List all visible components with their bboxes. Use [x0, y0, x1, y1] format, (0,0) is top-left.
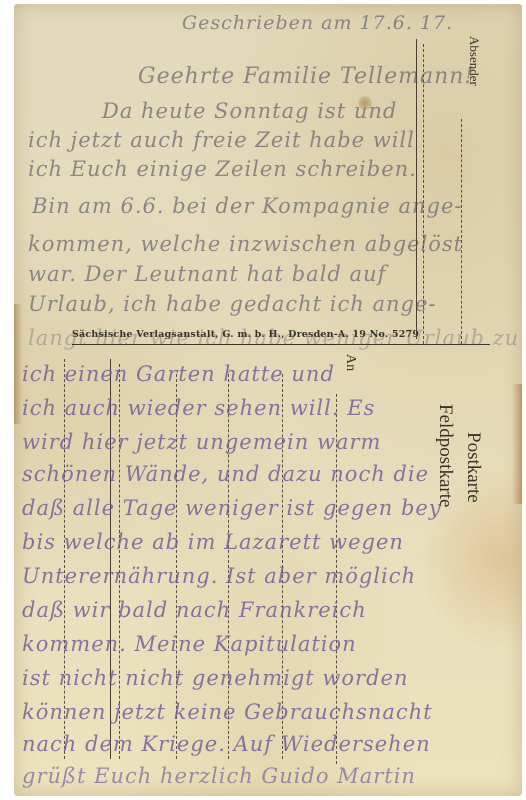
- handwritten-line: Bin am 6.6. bei der Kompagnie ange-: [32, 194, 463, 218]
- handwritten-line: kommen. Meine Kapitulation: [22, 632, 357, 656]
- postkarte-label: Postkarte: [462, 432, 484, 503]
- handwritten-line: Da heute Sonntag ist und: [102, 99, 397, 123]
- handwritten-line: ich jetzt auch freie Zeit habe will: [28, 128, 415, 152]
- handwritten-line: wird hier jetzt ungemein warm: [22, 430, 381, 454]
- handwritten-line: ich Euch einige Zeilen schreiben.: [28, 157, 417, 181]
- handwritten-line: schönen Wände, und dazu noch die: [22, 462, 429, 486]
- handwritten-date-line: Geschrieben am 17.6. 17.: [182, 12, 453, 34]
- handwritten-line: nach dem Kriege. Auf Wiedersehen: [22, 732, 431, 756]
- feldpostkarte-label: Feldpostkarte: [434, 404, 456, 507]
- handwritten-line: ich einen Garten hatte und: [22, 362, 335, 386]
- absender-divider-line: [416, 39, 417, 339]
- publisher-imprint: Sächsische Verlagsanstalt, G. m. b. H., …: [72, 329, 419, 340]
- handwritten-line: ist nicht nicht genehmigt worden: [22, 666, 408, 690]
- postcard: Geschrieben am 17.6. 17. Geehrte Familie…: [14, 4, 522, 796]
- edge-stain: [512, 384, 522, 504]
- handwritten-line: Urlaub, ich habe gedacht ich ange-: [28, 292, 436, 316]
- horizontal-rule: [72, 344, 490, 345]
- absender-label: Absender: [466, 36, 482, 86]
- absender-dashed-line: [461, 119, 462, 344]
- handwritten-line: daß wir bald nach Frankreich: [22, 598, 367, 622]
- edge-stain: [14, 304, 22, 424]
- handwritten-line: Unterernährung. Ist aber möglich: [22, 564, 416, 588]
- handwritten-line: kommen, welche inzwischen abgelöst: [28, 232, 463, 256]
- absender-dashed-line: [423, 44, 424, 344]
- handwritten-line: ich auch wieder sehen will. Es: [22, 396, 375, 420]
- handwritten-line: bis welche ab im Lazarett wegen: [22, 530, 404, 554]
- handwritten-signature-line: grüßt Euch herzlich Guido Martin: [22, 764, 416, 788]
- handwritten-line: daß alle Tage weniger ist gegen bey: [22, 496, 442, 520]
- an-label: An: [342, 354, 358, 371]
- handwritten-line: war. Der Leutnant hat bald auf: [28, 262, 386, 286]
- handwritten-line: können jetzt keine Gebrauchsnacht: [22, 700, 433, 724]
